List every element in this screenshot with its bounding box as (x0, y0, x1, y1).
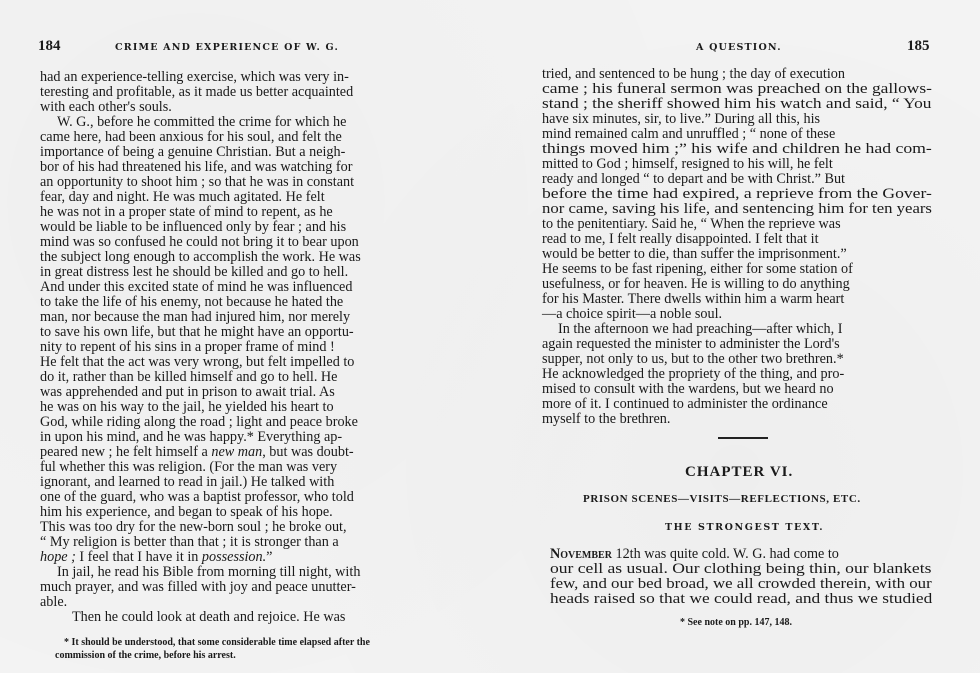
text-span: 12th was quite cold. W. G. had come to (612, 546, 839, 562)
text-line: for his Master. There dwells within him … (542, 292, 844, 307)
text-line: He seems to be fast ripening, either for… (542, 262, 853, 277)
text-line: —a choice spirit—a noble soul. (542, 307, 722, 322)
text-line: mitted to God ; himself, resigned to his… (542, 157, 833, 172)
book-spread: 184 CRIME AND EXPERIENCE OF W. G. had an… (0, 0, 980, 673)
text-line: would be better to die, than suffer the … (542, 247, 847, 262)
text-line: heads raised so that we could read, and … (550, 592, 932, 607)
text-line: have six minutes, sir, to live.” During … (542, 112, 820, 127)
text-line: supper, not only to us, but to the other… (542, 352, 844, 367)
footnote: * See note on pp. 147, 148. (680, 617, 792, 628)
text-line: read to me, I felt really disappointed. … (542, 232, 819, 247)
text-line: tried, and sentenced to be hung ; the da… (542, 67, 845, 82)
text-line: our cell as usual. Our clothing being th… (550, 562, 931, 577)
running-title: A QUESTION. (696, 42, 782, 53)
right-page: A QUESTION. 185 tried, and sentenced to … (0, 0, 980, 673)
text-line: to the penitentiary. Said he, “ When the… (542, 217, 841, 232)
text-line: ready and longed “ to depart and be with… (542, 172, 845, 187)
text-line: again requested the minister to administ… (542, 337, 840, 352)
text-line: things moved him ;” his wife and childre… (542, 142, 932, 157)
text-line: November 12th was quite cold. W. G. had … (550, 547, 839, 562)
text-line: more of it. I continued to administer th… (542, 397, 828, 412)
text-line: He acknowledged the propriety of the thi… (542, 367, 844, 382)
text-line: mind remained calm and unruffled ; “ non… (542, 127, 835, 142)
small-caps-word: November (550, 546, 612, 562)
chapter-separator-rule (718, 437, 768, 439)
chapter-title: CHAPTER VI. (685, 464, 793, 481)
section-title: THE STRONGEST TEXT. (665, 522, 824, 533)
text-line: before the time had expired, a reprieve … (542, 187, 932, 202)
text-line: In the afternoon we had preaching—after … (558, 322, 842, 337)
text-line: mised to consult with the wardens, but w… (542, 382, 834, 397)
text-line: few, and our bed broad, we all crowded t… (550, 577, 932, 592)
text-line: myself to the brethren. (542, 412, 670, 427)
text-line: stand ; the sheriff showed him his watch… (542, 97, 931, 112)
chapter-subtitle: PRISON SCENES—VISITS—REFLECTIONS, ETC. (583, 493, 861, 505)
text-line: nor came, saving his life, and sentencin… (542, 202, 932, 217)
page-number: 185 (907, 38, 930, 55)
text-line: usefulness, or for heaven. He is willing… (542, 277, 850, 292)
text-line: came ; his funeral sermon was preached o… (542, 82, 932, 97)
